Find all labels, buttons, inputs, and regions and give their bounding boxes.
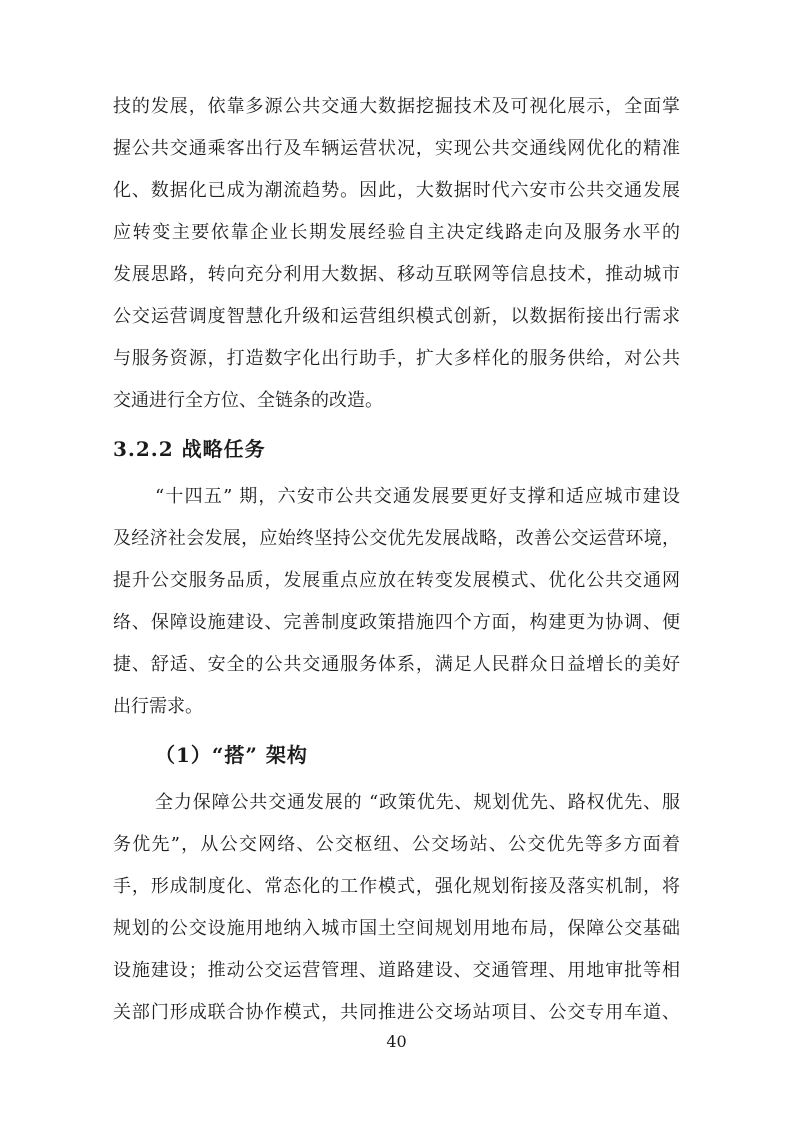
text-line: 技的发展，依靠多源公共交通大数据挖掘技术及可视化展示，全面掌 — [113, 86, 680, 128]
text-line: 交通进行全方位、全链条的改造。 — [113, 380, 680, 422]
text-line: 络、保障设施建设、完善制度政策措施四个方面，构建更为协调、便 — [113, 602, 680, 644]
paragraph-strategy: “十四五” 期，六安市公共交通发展要更好支撑和适应城市建设 及经济社会发展，应始… — [113, 476, 680, 728]
text-line: “十四五” 期，六安市公共交通发展要更好支撑和适应城市建设 — [113, 476, 680, 518]
text-line: 出行需求。 — [113, 686, 680, 728]
text-line: 务优先”，从公交网络、公交枢纽、公交场站、公交优先等多方面着 — [113, 824, 680, 866]
text-line: 握公共交通乘客出行及车辆运营状况，实现公共交通线网优化的精准 — [113, 128, 680, 170]
paragraph-continuation: 技的发展，依靠多源公共交通大数据挖掘技术及可视化展示，全面掌 握公共交通乘客出行… — [113, 86, 680, 422]
subsection-heading-1: （1）“搭” 架构 — [113, 734, 680, 776]
paragraph-framework: 全力保障公共交通发展的 “政策优先、规划优先、路权优先、服 务优先”，从公交网络… — [113, 782, 680, 1034]
text-line: 化、数据化已成为潮流趋势。因此，大数据时代六安市公共交通发展 — [113, 170, 680, 212]
text-line: 手，形成制度化、常态化的工作模式，强化规划衔接及落实机制，将 — [113, 866, 680, 908]
text-line: 公交运营调度智慧化升级和运营组织模式创新，以数据衔接出行需求 — [113, 296, 680, 338]
text-line: 发展思路，转向充分利用大数据、移动互联网等信息技术，推动城市 — [113, 254, 680, 296]
text-line: 捷、舒适、安全的公共交通服务体系，满足人民群众日益增长的美好 — [113, 644, 680, 686]
text-line: 应转变主要依靠企业长期发展经验自主决定线路走向及服务水平的 — [113, 212, 680, 254]
text-line: 与服务资源，打造数字化出行助手，扩大多样化的服务供给，对公共 — [113, 338, 680, 380]
page-number: 40 — [0, 1030, 793, 1054]
text-line: 及经济社会发展，应始终坚持公交优先发展战略，改善公交运营环境， — [113, 518, 680, 560]
text-line: 规划的公交设施用地纳入城市国土空间规划用地布局，保障公交基础 — [113, 908, 680, 950]
section-heading-3-2-2: 3.2.2 战略任务 — [113, 428, 680, 470]
text-line: 关部门形成联合协作模式，共同推进公交场站项目、公交专用车道、 — [113, 992, 680, 1034]
text-line: 全力保障公共交通发展的 “政策优先、规划优先、路权优先、服 — [113, 782, 680, 824]
page-body: 技的发展，依靠多源公共交通大数据挖掘技术及可视化展示，全面掌 握公共交通乘客出行… — [113, 86, 680, 1034]
text-line: 设施建设；推动公交运营管理、道路建设、交通管理、用地审批等相 — [113, 950, 680, 992]
text-line: 提升公交服务品质，发展重点应放在转变发展模式、优化公共交通网 — [113, 560, 680, 602]
document-page: 技的发展，依靠多源公共交通大数据挖掘技术及可视化展示，全面掌 握公共交通乘客出行… — [0, 0, 793, 1122]
